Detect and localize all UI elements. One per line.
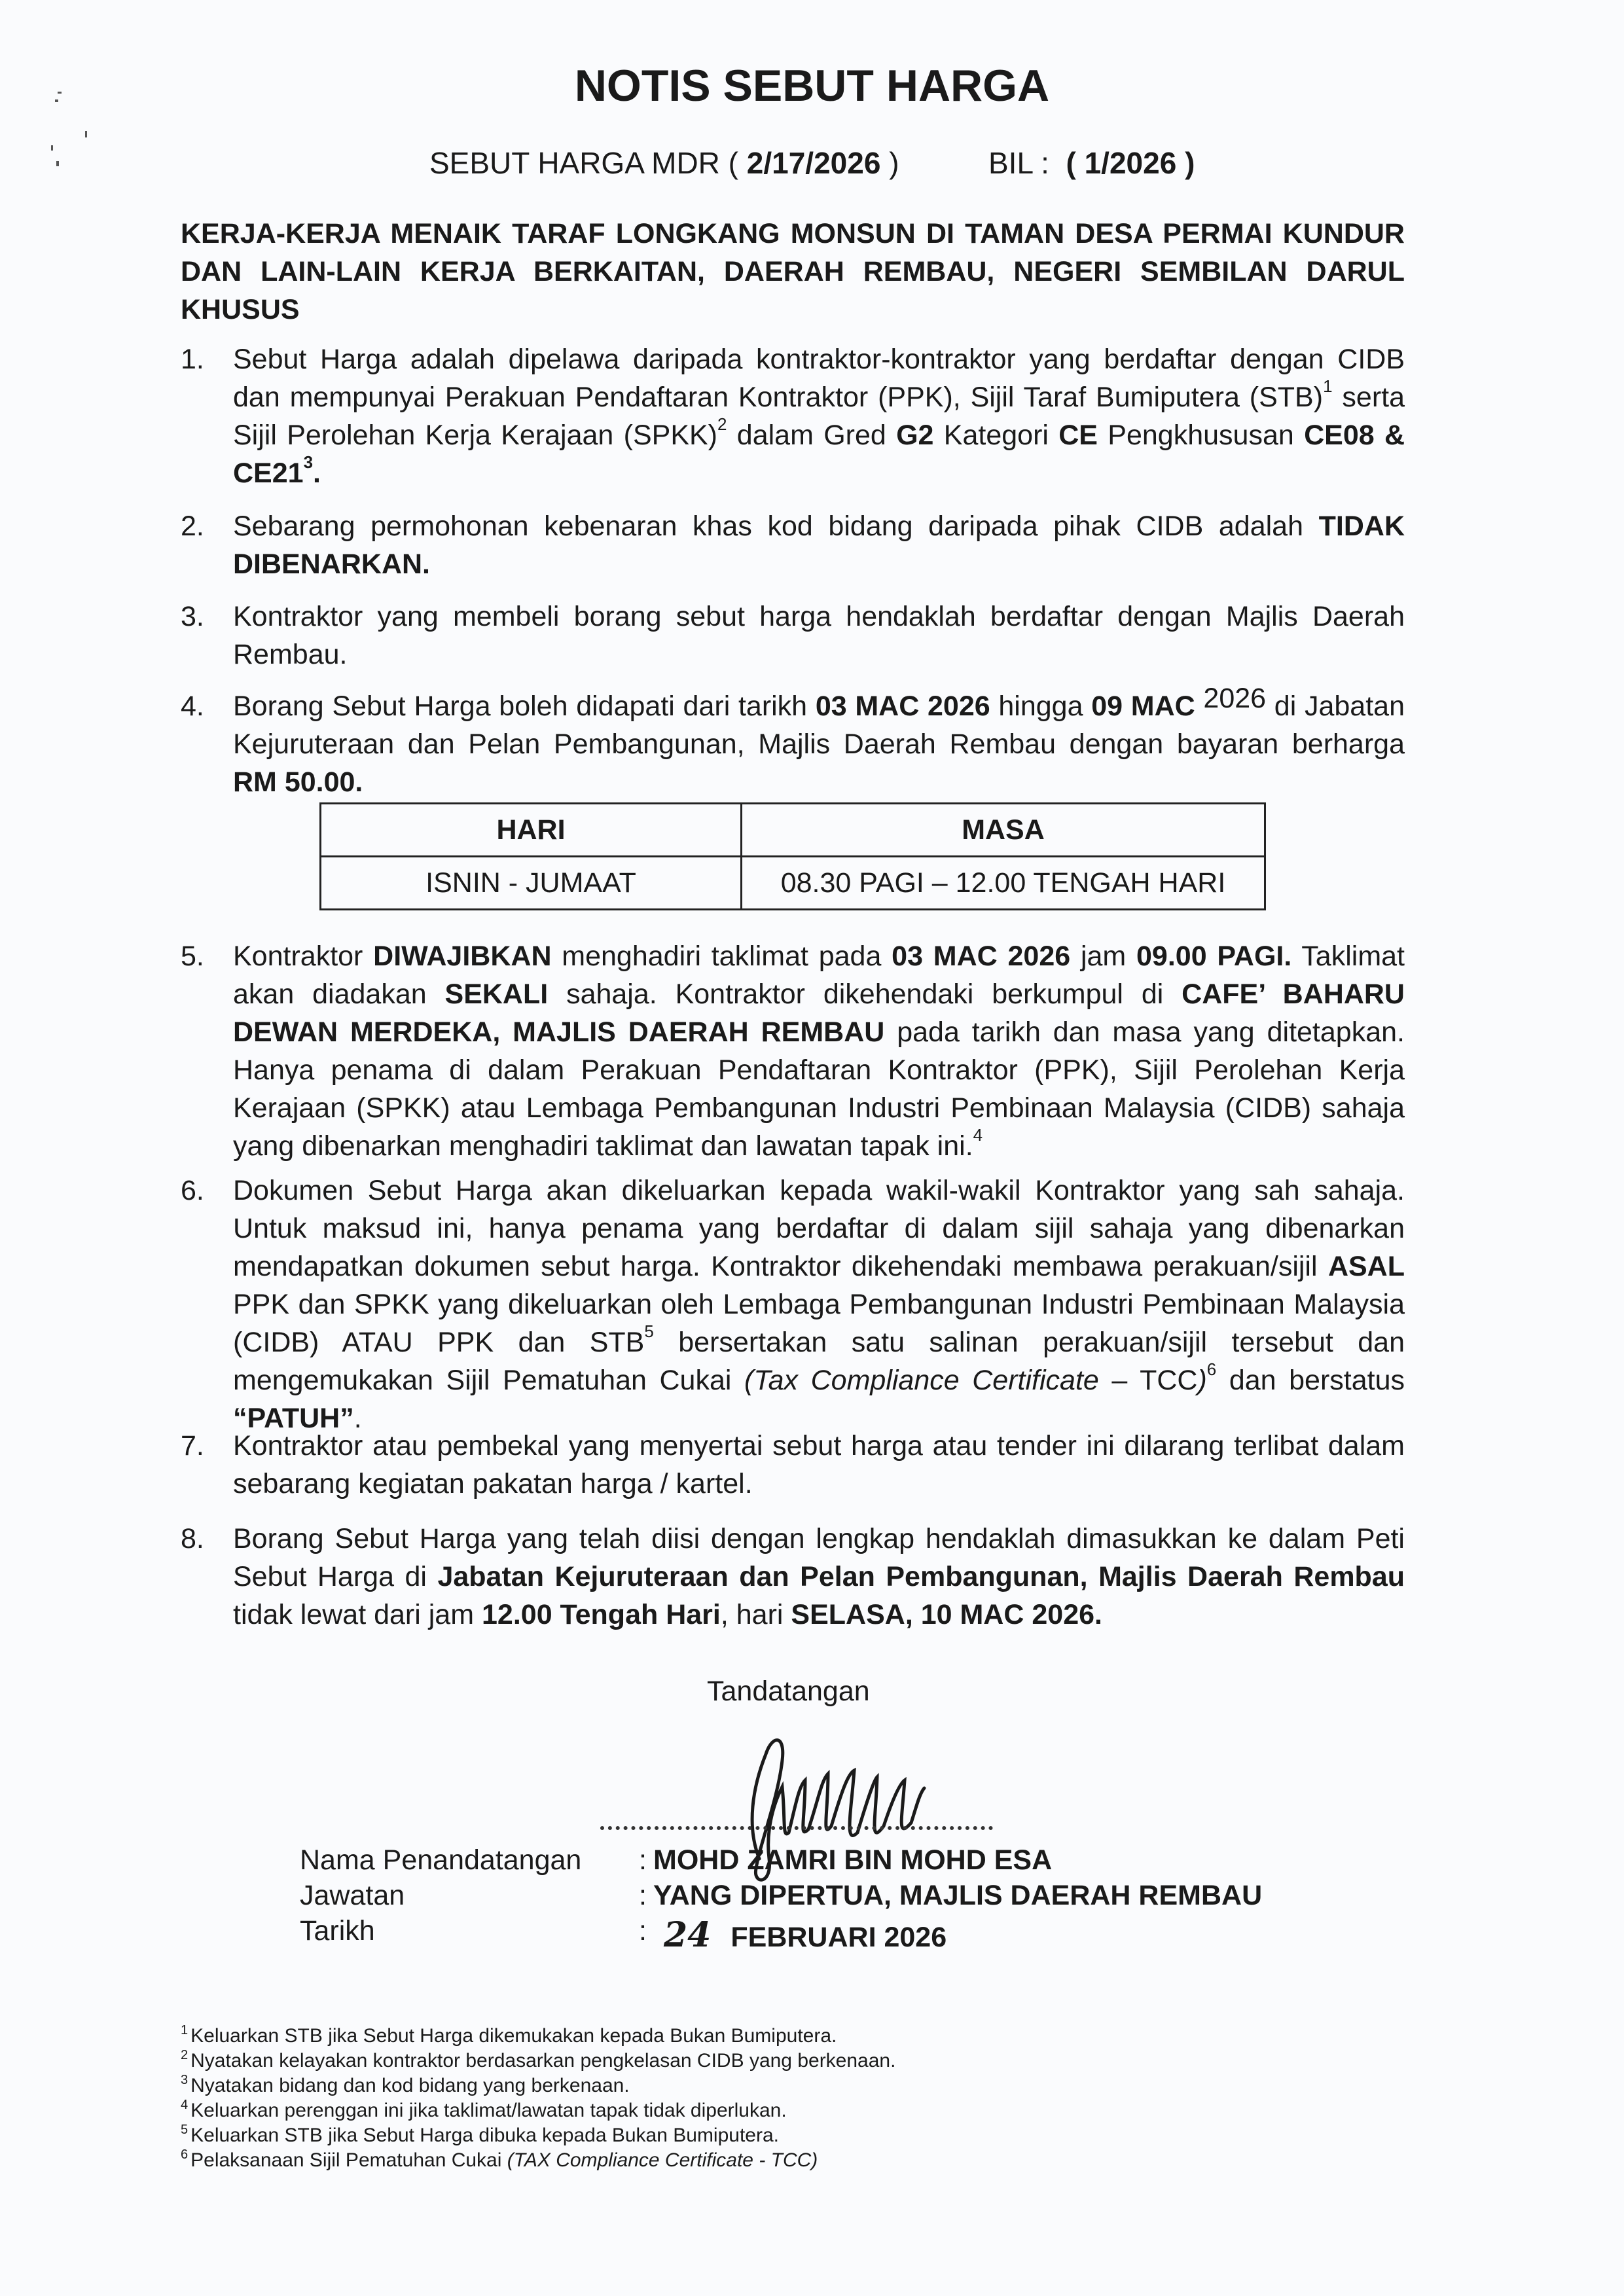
- header-masa: MASA: [742, 804, 1265, 857]
- header-hari: HARI: [321, 804, 742, 857]
- colon: :: [639, 1915, 647, 1947]
- footnote-6: 6Pelaksanaan Sijil Pematuhan Cukai (TAX …: [181, 2148, 895, 2173]
- reference-number: 2/17/2026: [747, 146, 881, 180]
- reference-suffix: ): [889, 146, 899, 180]
- paragraph-3: 3. Kontraktor yang membeli borang sebut …: [181, 598, 1405, 673]
- bil-close: ): [1185, 146, 1195, 180]
- paragraph-text: Kontraktor DIWAJIBKAN menghadiri taklima…: [233, 937, 1405, 1165]
- paragraph-text: Kontraktor yang membeli borang sebut har…: [233, 598, 1405, 673]
- paragraph-number: 8.: [181, 1520, 204, 1558]
- document-title: NOTIS SEBUT HARGA: [0, 60, 1624, 111]
- scan-speck: [51, 145, 53, 151]
- position-value: YANG DIPERTUA, MAJLIS DAERAH REMBAU: [653, 1880, 1262, 1912]
- bil-value: 1/2026: [1085, 146, 1177, 180]
- bil-label: BIL :: [988, 146, 1049, 180]
- cell-hari: ISNIN - JUMAAT: [321, 857, 742, 910]
- paragraph-2: 2. Sebarang permohonan kebenaran khas ko…: [181, 507, 1405, 583]
- paragraph-number: 2.: [181, 507, 204, 545]
- paragraph-number: 1.: [181, 340, 204, 378]
- quotation-reference: SEBUT HARGA MDR ( 2/17/2026 ): [429, 145, 899, 181]
- footnotes: 1Keluarkan STB jika Sebut Harga dikemuka…: [181, 2024, 895, 2173]
- paragraph-text: Sebarang permohonan kebenaran khas kod b…: [233, 507, 1405, 583]
- paragraph-4: 4. Borang Sebut Harga boleh didapati dar…: [181, 687, 1405, 801]
- bil-number: BIL : ( 1/2026 ): [988, 145, 1195, 181]
- signatory-name-label: Nama Penandatangan: [300, 1844, 581, 1876]
- paragraph-1: 1. Sebut Harga adalah dipelawa daripada …: [181, 340, 1405, 492]
- table-header-row: HARI MASA: [321, 804, 1265, 857]
- paragraph-6: 6. Dokumen Sebut Harga akan dikeluarkan …: [181, 1172, 1405, 1437]
- reference-prefix: SEBUT HARGA MDR (: [429, 146, 738, 180]
- footnote-4: 4Keluarkan perenggan ini jika taklimat/l…: [181, 2098, 895, 2123]
- project-subject: KERJA-KERJA MENAIK TARAF LONGKANG MONSUN…: [181, 215, 1405, 329]
- paragraph-text: Sebut Harga adalah dipelawa daripada kon…: [233, 340, 1405, 492]
- footnote-1: 1Keluarkan STB jika Sebut Harga dikemuka…: [181, 2024, 895, 2049]
- paragraph-text: Borang Sebut Harga yang telah diisi deng…: [233, 1520, 1405, 1634]
- handwritten-day: 24: [664, 1915, 711, 1955]
- table-row: ISNIN - JUMAAT 08.30 PAGI – 12.00 TENGAH…: [321, 857, 1265, 910]
- paragraph-number: 4.: [181, 687, 204, 725]
- footnote-5: 5Keluarkan STB jika Sebut Harga dibuka k…: [181, 2123, 895, 2148]
- paragraph-7: 7. Kontraktor atau pembekal yang menyert…: [181, 1427, 1405, 1503]
- paragraph-text: Kontraktor atau pembekal yang menyertai …: [233, 1427, 1405, 1503]
- signature-dotted-line: [600, 1826, 993, 1830]
- scan-speck: [56, 161, 59, 166]
- footnote-3: 3Nyatakan bidang dan kod bidang yang ber…: [181, 2073, 895, 2098]
- colon: :: [639, 1844, 647, 1876]
- paragraph-5: 5. Kontraktor DIWAJIBKAN menghadiri takl…: [181, 937, 1405, 1165]
- bil-open: (: [1066, 146, 1075, 180]
- paragraph-number: 7.: [181, 1427, 204, 1465]
- signatory-name-value: MOHD ZAMRI BIN MOHD ESA: [653, 1844, 1052, 1876]
- schedule-table: HARI MASA ISNIN - JUMAAT 08.30 PAGI – 12…: [319, 802, 1266, 910]
- date-label: Tarikh: [300, 1915, 375, 1947]
- paragraph-8: 8. Borang Sebut Harga yang telah diisi d…: [181, 1520, 1405, 1634]
- position-label: Jawatan: [300, 1880, 405, 1912]
- colon: :: [639, 1880, 647, 1912]
- signature-heading: Tandatangan: [707, 1676, 870, 1708]
- paragraph-number: 3.: [181, 598, 204, 636]
- scan-speck: [85, 131, 87, 137]
- paragraph-text: Dokumen Sebut Harga akan dikeluarkan kep…: [233, 1172, 1405, 1437]
- paragraph-text: Borang Sebut Harga boleh didapati dari t…: [233, 687, 1405, 801]
- footnote-2: 2Nyatakan kelayakan kontraktor berdasark…: [181, 2049, 895, 2073]
- cell-masa: 08.30 PAGI – 12.00 TENGAH HARI: [742, 857, 1265, 910]
- paragraph-number: 5.: [181, 937, 204, 975]
- paragraph-number: 6.: [181, 1172, 204, 1210]
- date-value: 24FEBRUARI 2026: [653, 1915, 947, 1955]
